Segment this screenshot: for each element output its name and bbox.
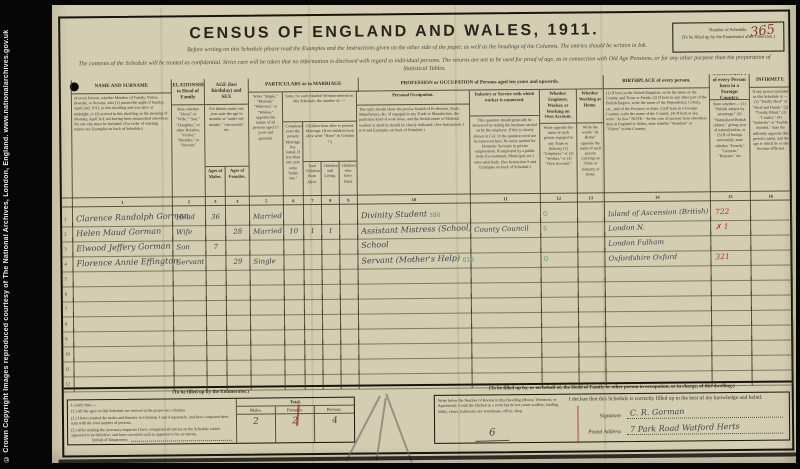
census-schedule-scan: CENSUS OF ENGLAND AND WALES, 1911. Befor… [52, 5, 796, 463]
declaration-section: I declare that this Schedule is correctl… [563, 393, 789, 442]
row-number-text: 4 [62, 261, 66, 266]
column-number: 5 [250, 196, 284, 205]
column-number: 15 [711, 192, 751, 201]
header-children-died: Children who have Died. [340, 162, 358, 196]
column-number: 13 [578, 193, 605, 202]
enumerator-initials-row: Initials of Enumerator. [92, 435, 232, 442]
enumerator-box: I certify that:— (1.) All the ages on th… [67, 397, 355, 446]
header-age-females: Ages of Females. [226, 167, 250, 197]
header-personal-occupation-body: The reply should show the precise branch… [357, 105, 471, 196]
totals-females-value: 2 [276, 414, 315, 442]
cert-item-2: (2.) I have counted the males and female… [71, 414, 233, 426]
form-title: CENSUS OF ENGLAND AND WALES, 1911. [60, 20, 728, 44]
signature-row: Signature C. R. Gorman [569, 406, 783, 420]
rooms-section: Write below the Number of Rooms in this … [435, 395, 563, 443]
header-at-home-body: Write the words "At Home" opposite the n… [577, 123, 605, 193]
row-number-text: 12 [64, 381, 71, 386]
archive-copyright-text: © Crown Copyright Images reproduced cour… [3, 10, 10, 462]
signature-value: C. R. Gorman [627, 406, 783, 419]
header-children-living: Children still Living. [322, 162, 340, 196]
header-industry-body: This question should generally be answer… [470, 116, 541, 195]
column-number: 16 [751, 191, 792, 200]
column-number: 6 [284, 196, 304, 205]
table-body: 1Clarence Randolph GormanHead36MarriedDi… [62, 200, 792, 389]
header-name-title: NAME AND SURNAME [72, 79, 172, 94]
schedule-number-value: 365 [749, 20, 776, 43]
postal-address-label: Postal Address [569, 429, 621, 435]
header-nationality-title: NATIONALITY of every Person born in a Fo… [710, 74, 750, 100]
column-number: 3 [206, 197, 226, 206]
row-number-text: 5 [63, 276, 67, 281]
header-birthplace-body: (1) If born in the United Kingdom, write… [604, 88, 711, 193]
totals-females-label: Females. [276, 406, 315, 413]
header-at-home-title: Whether Working at Home. [577, 89, 604, 123]
column-number: 8 [322, 196, 340, 205]
header-children-born: Total Children Born Alive. [304, 162, 322, 196]
header-personal-occupation-title: Personal Occupation. [357, 91, 470, 106]
row-number-text: 8 [63, 321, 67, 326]
column-number: 2 [173, 197, 206, 206]
declaration-text: I declare that this Schedule is correctl… [569, 395, 783, 404]
header-employer-title: Whether Employer, Worker, or Working on … [540, 90, 577, 124]
header-birthplace-title: BIRTHPLACE of every person. [604, 74, 710, 89]
header-age-males: Ages of Males. [206, 167, 226, 197]
postal-address-row: Postal Address 7 Park Road Watford Herts [569, 422, 783, 436]
signature-label: Signature [569, 413, 621, 419]
header-marriage-title: PARTICULARS as to MARRIAGE [249, 78, 359, 93]
row-number-text: 6 [63, 291, 67, 296]
header-name-body: of every Person, whether Member of Famil… [72, 93, 173, 198]
row-number-text: 3 [62, 246, 66, 251]
census-sheet: CENSUS OF ENGLAND AND WALES, 1911. Befor… [52, 5, 796, 463]
schedule-number-box: Number of Schedule. (To be filled up by … [672, 22, 784, 53]
totals-table: Total. Males. Females. Persons. 2 2 4 [236, 398, 354, 443]
row-number-text: 1 [62, 216, 66, 221]
household-declaration-box: Write below the Number of Rooms in this … [434, 391, 790, 443]
header-relationship-title: RELATIONSHIP to Head of Family [172, 79, 205, 105]
column-number: 4 [226, 197, 250, 206]
header-relationship-body: State whether "Head," or "Wife," "Son," … [172, 105, 206, 197]
header-employer-body: Write opposite the name of each person e… [540, 124, 578, 194]
totals-persons-value: 4 [315, 414, 354, 442]
rooms-value: 6 [475, 426, 510, 442]
row-number-text: 9 [63, 336, 67, 341]
enumerator-initials-line [131, 435, 232, 442]
header-infirmity-title: INFIRMITY. [750, 73, 791, 87]
form-header: CENSUS OF ENGLAND AND WALES, 1911. Befor… [60, 11, 789, 80]
header-industry-title: Industry or Service with which worker is… [470, 90, 540, 117]
totals-males-value: 2 [237, 414, 276, 442]
row-number-text: 11 [63, 366, 69, 371]
column-number: 9 [340, 196, 358, 205]
row-number-text: 10 [63, 351, 70, 356]
rooms-instruction: Write below the Number of Rooms in this … [438, 397, 560, 414]
header-age-title: AGE (last Birthday) and SEX [205, 79, 249, 105]
postal-address-value: 7 Park Road Watford Herts [627, 422, 783, 435]
totals-persons-label: Persons. [315, 406, 354, 413]
header-nationality-body: State whether:— (1) "British subject by … [710, 100, 751, 192]
form-footer: (To be filled up by the Enumerator.) I c… [64, 382, 793, 453]
header-marriage-note: State, for each Married Woman entered on… [283, 92, 357, 123]
column-number-empty [62, 198, 73, 207]
household-caption: (To be filled up by, or on behalf of, th… [434, 383, 790, 391]
header-marriage-status: Write "Single," "Married," "Widower," or… [249, 92, 284, 196]
instruction-line-1: Before writing on this Schedule please r… [133, 42, 701, 53]
row-number-text: 2 [62, 231, 66, 236]
header-children-group: Children born alive to present Marriage.… [303, 122, 357, 163]
totals-males-label: Males. [237, 406, 276, 413]
header-infirmity-body: If any person included in this Schedule … [750, 87, 792, 191]
header-years-married: Completed years the present Marriage has… [283, 122, 304, 196]
totals-values: 2 2 4 [237, 414, 354, 443]
row-number-text: 7 [63, 306, 67, 311]
enumerator-initials-label: Initials of Enumerator. [92, 436, 128, 442]
column-number: 7 [304, 196, 322, 205]
column-number: 12 [541, 194, 578, 203]
enumerator-caption: (To be filled up by the Enumerator.) [67, 389, 355, 397]
enumerator-certification: I certify that:— (1.) All the ages on th… [68, 399, 236, 445]
table-header: NAME AND SURNAME of every Person, whethe… [61, 73, 790, 198]
header-age-body: For Infants under one year state the age… [205, 105, 250, 167]
form-border: CENSUS OF ENGLAND AND WALES, 1911. Befor… [58, 9, 794, 457]
